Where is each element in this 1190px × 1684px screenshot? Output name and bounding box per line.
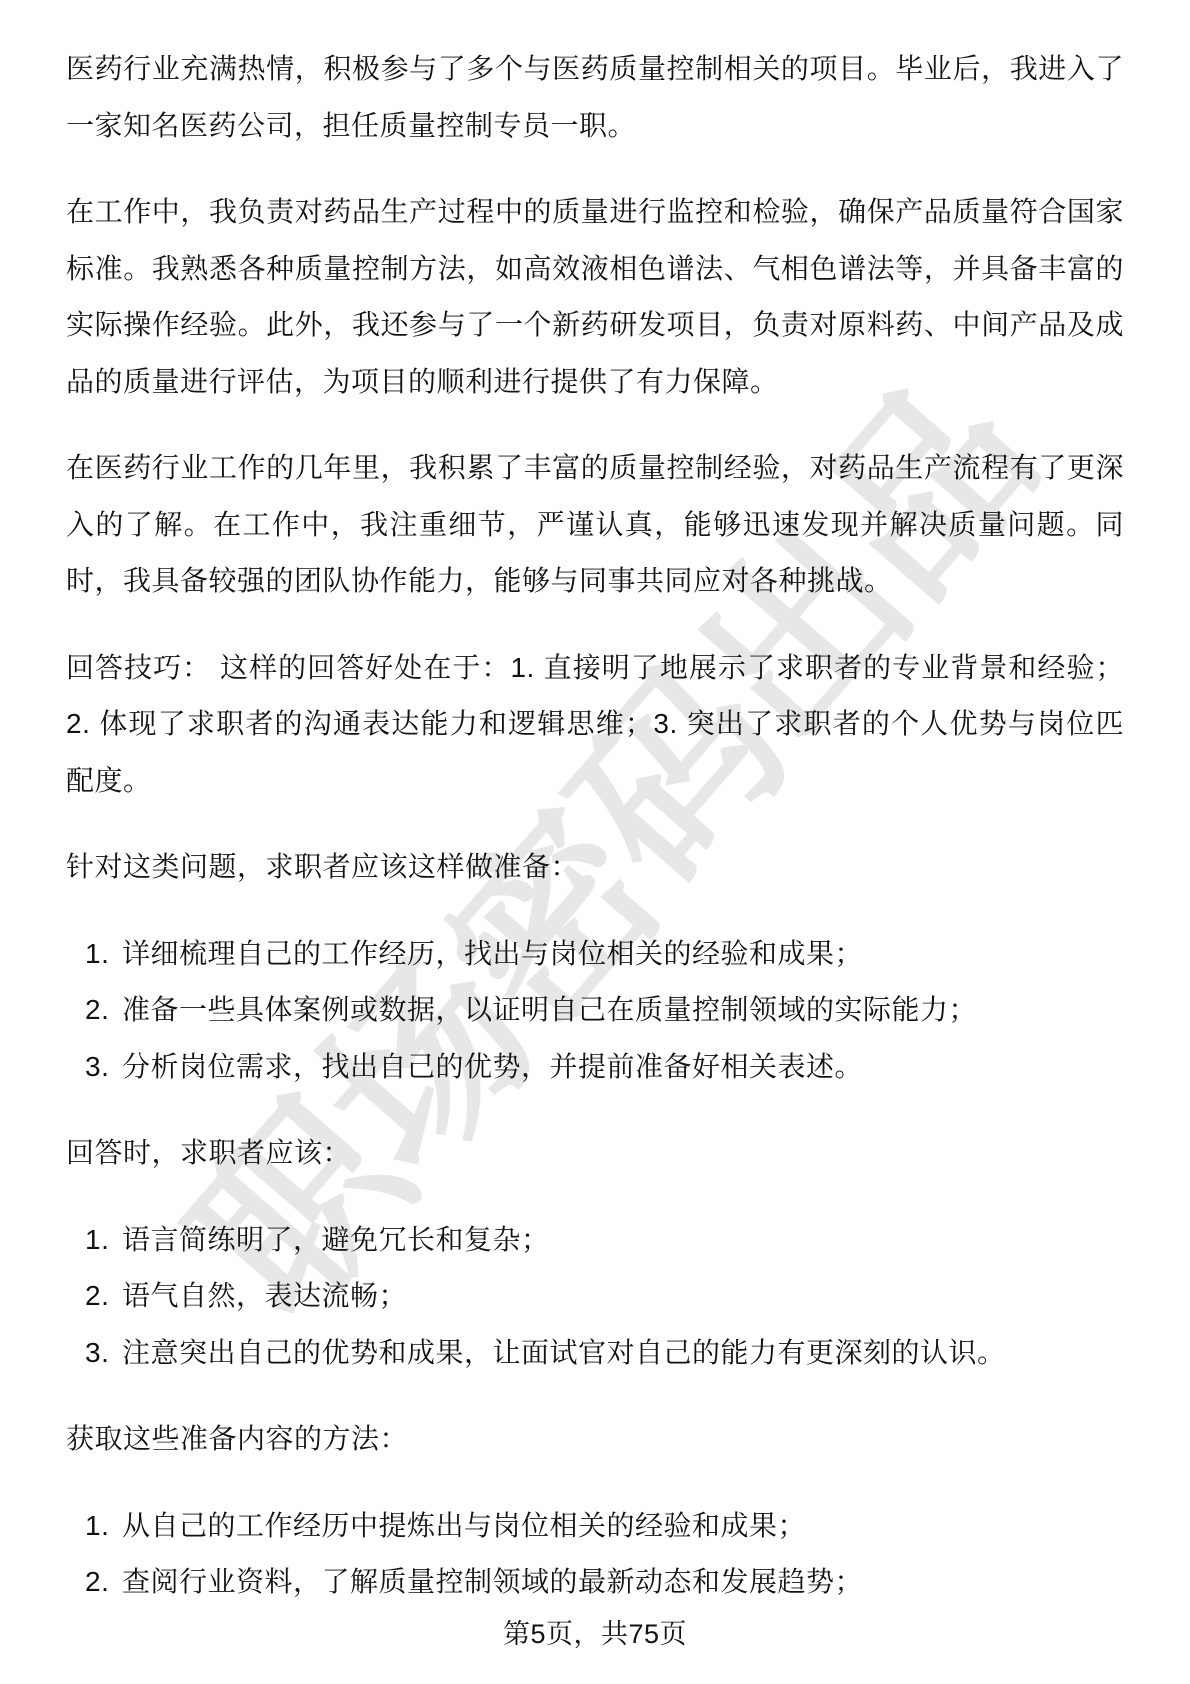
list-item-text: 准备一些具体案例或数据，以证明自己在质量控制领域的实际能力； [122,982,1124,1039]
paragraph: 在工作中，我负责对药品生产过程中的质量进行监控和检验，确保产品质量符合国家标准。… [66,184,1124,410]
list-item: 1.详细梳理自己的工作经历，找出与岗位相关的经验和成果； [66,926,1124,983]
numbered-list: 1.详细梳理自己的工作经历，找出与岗位相关的经验和成果；2.准备一些具体案例或数… [66,926,1124,1096]
list-item-marker: 3. [66,1039,122,1096]
list-item-text: 从自己的工作经历中提炼出与岗位相关的经验和成果； [122,1498,1124,1555]
list-item: 3.注意突出自己的优势和成果，让面试官对自己的能力有更深刻的认识。 [66,1325,1124,1382]
list-item: 1.从自己的工作经历中提炼出与岗位相关的经验和成果； [66,1498,1124,1555]
list-item: 2.语气自然，表达流畅； [66,1268,1124,1325]
list-item-marker: 3. [66,1325,122,1382]
list-item-marker: 1. [66,926,122,983]
numbered-list: 1.语言简练明了，避免冗长和复杂；2.语气自然，表达流畅；3.注意突出自己的优势… [66,1212,1124,1382]
list-item: 1.语言简练明了，避免冗长和复杂； [66,1212,1124,1269]
document-body: 医药行业充满热情，积极参与了多个与医药质量控制相关的项目。毕业后，我进入了一家知… [66,41,1124,1611]
list-item-text: 详细梳理自己的工作经历，找出与岗位相关的经验和成果； [122,926,1124,983]
page-footer: 第5页，共75页 [0,1612,1190,1651]
list-item-text: 查阅行业资料，了解质量控制领域的最新动态和发展趋势； [122,1554,1124,1611]
paragraph: 回答时，求职者应该： [66,1125,1124,1182]
list-item-marker: 1. [66,1498,122,1555]
list-item-text: 语言简练明了，避免冗长和复杂； [122,1212,1124,1269]
list-item-text: 语气自然，表达流畅； [122,1268,1124,1325]
paragraph: 在医药行业工作的几年里，我积累了丰富的质量控制经验，对药品生产流程有了更深入的了… [66,440,1124,610]
list-item-text: 注意突出自己的优势和成果，让面试官对自己的能力有更深刻的认识。 [122,1325,1124,1382]
list-item-marker: 1. [66,1212,122,1269]
paragraph: 针对这类问题，求职者应该这样做准备： [66,839,1124,896]
list-item: 2.查阅行业资料，了解质量控制领域的最新动态和发展趋势； [66,1554,1124,1611]
list-item-marker: 2. [66,1554,122,1611]
paragraph: 医药行业充满热情，积极参与了多个与医药质量控制相关的项目。毕业后，我进入了一家知… [66,41,1124,154]
list-item-marker: 2. [66,982,122,1039]
list-item: 3.分析岗位需求，找出自己的优势，并提前准备好相关表述。 [66,1039,1124,1096]
list-item: 2.准备一些具体案例或数据，以证明自己在质量控制领域的实际能力； [66,982,1124,1039]
page-number: 第5页，共75页 [503,1619,687,1649]
paragraph: 获取这些准备内容的方法： [66,1411,1124,1468]
paragraph: 回答技巧： 这样的回答好处在于：1. 直接明了地展示了求职者的专业背景和经验；2… [66,640,1124,810]
list-item-text: 分析岗位需求，找出自己的优势，并提前准备好相关表述。 [122,1039,1124,1096]
numbered-list: 1.从自己的工作经历中提炼出与岗位相关的经验和成果；2.查阅行业资料，了解质量控… [66,1498,1124,1611]
list-item-marker: 2. [66,1268,122,1325]
